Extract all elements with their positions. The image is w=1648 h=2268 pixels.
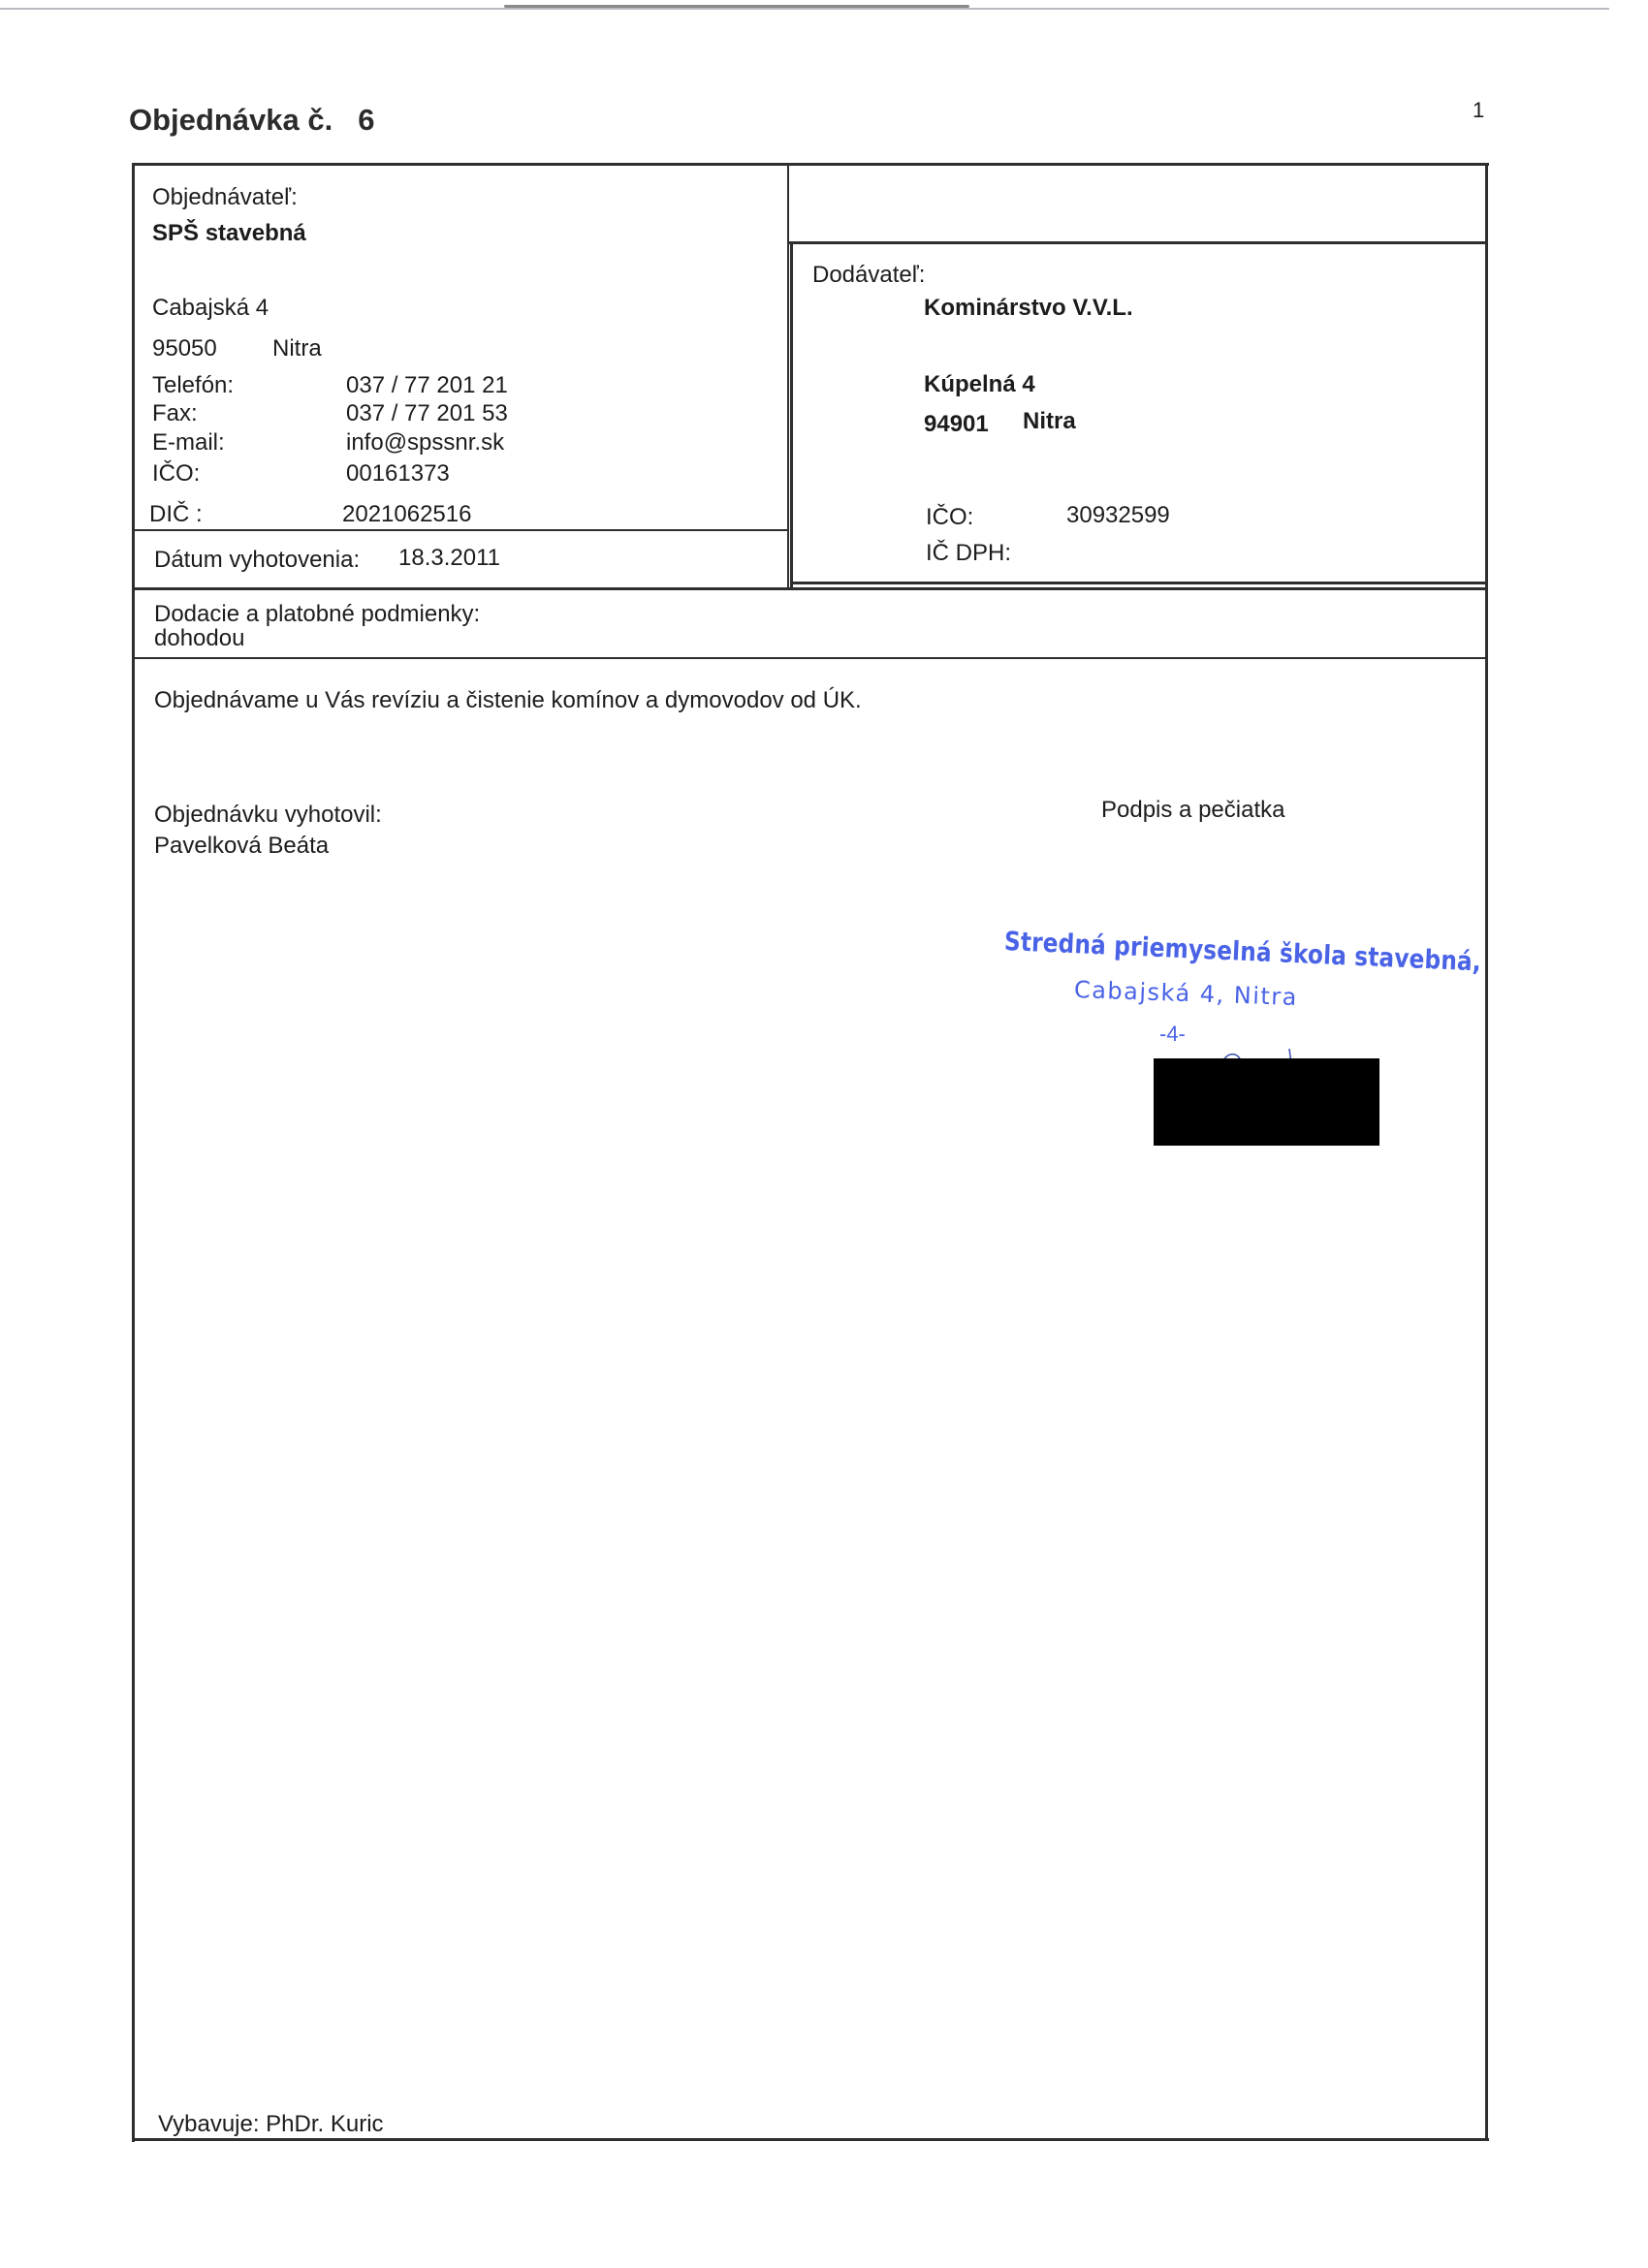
stamp-line-2: Cabajská 4, Nitra bbox=[1074, 976, 1299, 1011]
ico-label: IČO: bbox=[152, 460, 200, 488]
redacted-signature bbox=[1154, 1058, 1379, 1146]
title-text: Objednávka č. bbox=[129, 103, 333, 137]
supplier-label: Dodávateľ: bbox=[812, 262, 925, 289]
phone-label: Telefón: bbox=[152, 372, 234, 399]
supplier-ico-label: IČO: bbox=[926, 504, 973, 531]
fax-value: 037 / 77 201 53 bbox=[346, 400, 508, 427]
supplier-street: Kúpelná 4 bbox=[924, 371, 1035, 398]
terms-value: dohodou bbox=[154, 625, 244, 652]
stamp-line-1: Stredná priemyselná škola stavebná, bbox=[1003, 927, 1481, 977]
scan-artifact bbox=[504, 5, 969, 8]
handled-by: Vybavuje: PhDr. Kuric bbox=[158, 2111, 384, 2138]
supplier-name: Kominárstvo V.V.L. bbox=[924, 295, 1133, 322]
supplier-city: Nitra bbox=[1023, 408, 1076, 435]
fax-label: Fax: bbox=[152, 400, 198, 427]
supplier-zip: 94901 bbox=[924, 411, 989, 438]
dic-value: 2021062516 bbox=[342, 501, 471, 528]
scan-edge bbox=[0, 8, 1609, 10]
terms-label: Dodacie a platobné podmienky: bbox=[154, 601, 480, 628]
page-title: Objednávka č.6 bbox=[129, 103, 374, 138]
prepared-by-name: Pavelková Beáta bbox=[154, 833, 329, 860]
customer-name: SPŠ stavebná bbox=[152, 220, 306, 247]
customer-city: Nitra bbox=[272, 335, 322, 362]
page-number: 1 bbox=[1473, 98, 1484, 123]
date-value: 18.3.2011 bbox=[398, 545, 500, 572]
phone-value: 037 / 77 201 21 bbox=[346, 372, 508, 399]
supplier-ico-value: 30932599 bbox=[1066, 502, 1170, 529]
ico-value: 00161373 bbox=[346, 460, 450, 488]
dic-label: DIČ : bbox=[149, 501, 203, 528]
date-label: Dátum vyhotovenia: bbox=[154, 547, 360, 574]
prepared-by-label: Objednávku vyhotovil: bbox=[154, 802, 382, 829]
customer-label: Objednávateľ: bbox=[152, 184, 298, 211]
email-label: E-mail: bbox=[152, 429, 225, 457]
email-value: info@spssnr.sk bbox=[346, 429, 504, 457]
stamp-line-3: -4- bbox=[1159, 1022, 1186, 1047]
customer-street: Cabajská 4 bbox=[152, 295, 269, 322]
order-number: 6 bbox=[358, 103, 374, 137]
order-text: Objednávame u Vás revíziu a čistenie kom… bbox=[154, 687, 862, 714]
supplier-icdph-label: IČ DPH: bbox=[926, 540, 1011, 567]
signature-label: Podpis a pečiatka bbox=[1101, 797, 1284, 824]
customer-zip: 95050 bbox=[152, 335, 217, 362]
